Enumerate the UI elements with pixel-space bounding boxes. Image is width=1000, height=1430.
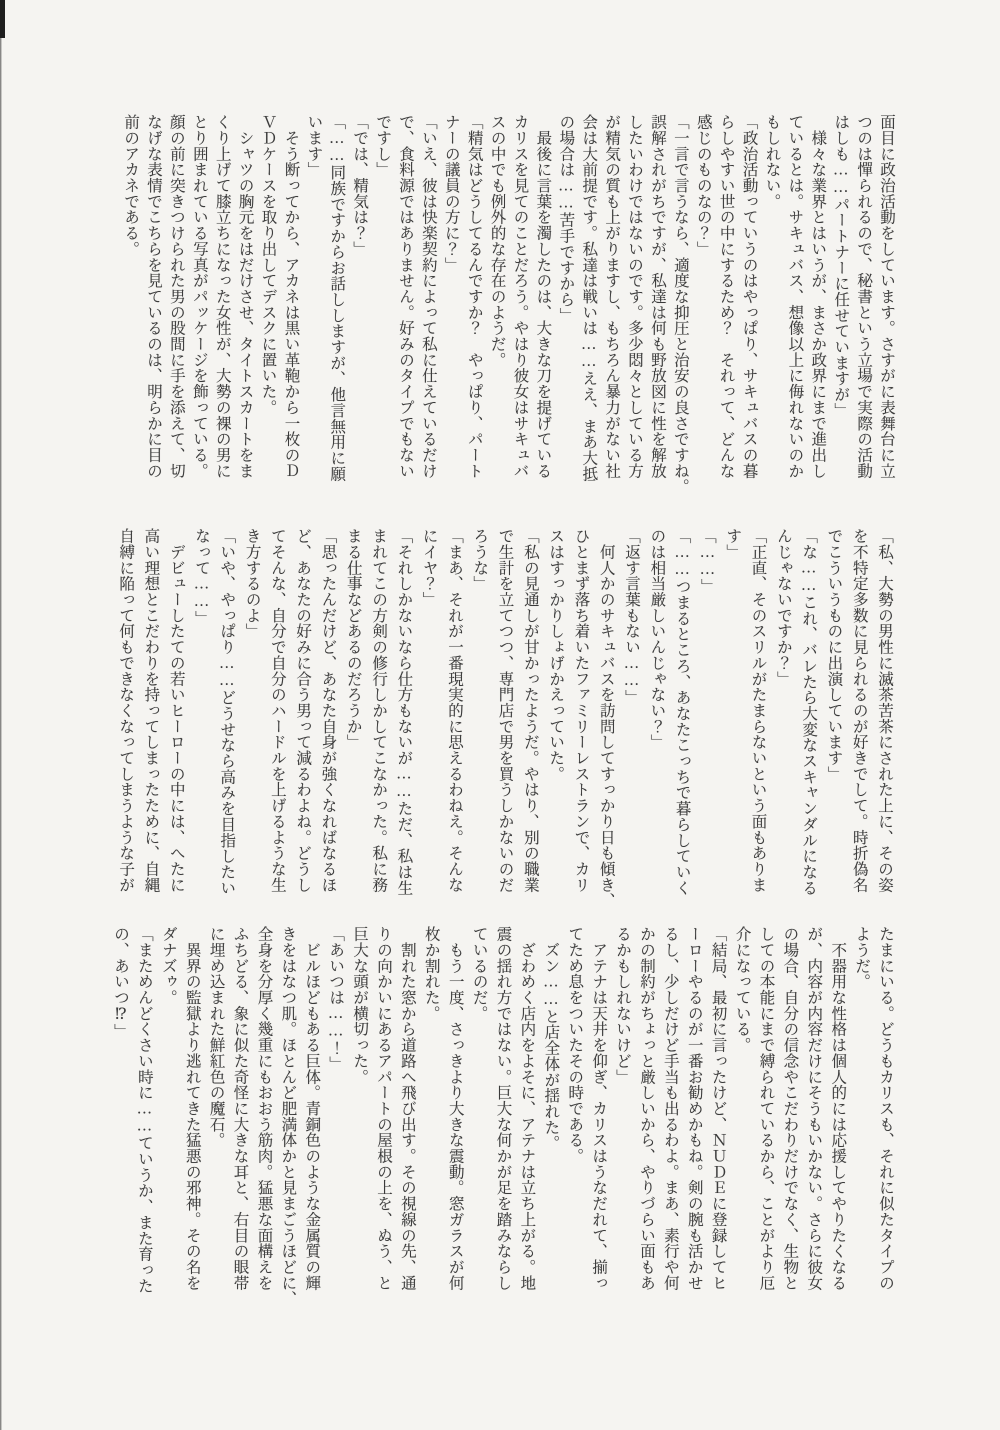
text-line-column: 面目に政治活動をしています。さすがに表舞台に立 (874, 114, 897, 479)
text-line-column: す」 (720, 528, 745, 893)
scan-edge-line (0, 0, 2, 1430)
text-line-column: はしも……パートナーに任せていますが」 (828, 114, 851, 479)
text-line-column: そう断ってから、アカネは黒い革鞄から一枚のＤ (279, 114, 302, 479)
text-line-column: ダナズゥ。 (156, 926, 180, 1291)
text-line-column: 最後に言葉を濁したのは、大きな刀を提げている (531, 114, 554, 479)
text-line-column: んじゃないですか？」 (771, 528, 796, 893)
text-line-column: まる仕事などあるのだろうか」 (340, 528, 365, 893)
text-line-column: ようだ。 (849, 926, 873, 1291)
text-line-column: ズン……と店全体が揺れた。 (538, 926, 562, 1291)
text-line-column: もう一度、さっきより大きな震動。窓ガラスが何 (443, 926, 467, 1291)
text-line-column: きをはなつ肌。ほとんど肥満体かと見まごうほどに、 (275, 926, 299, 1291)
text-line-column: に埋め込まれた鮮紅色の魔石。 (204, 926, 228, 1291)
text-line-column: しての本能にまで縛られているから、ことがより厄 (754, 926, 778, 1291)
text-line-column: ビルほどもある巨体。青銅色のような金属質の輝 (299, 926, 323, 1291)
text-line-column: とり囲まれている写真がパッケージを飾っている。 (187, 114, 210, 479)
text-line-column: アテナは天井を仰ぎ、カリスはうなだれて、揃っ (586, 926, 610, 1291)
text-line-column: るし、少しだけど手当も出るわよ。まあ、素行や何 (658, 926, 682, 1291)
text-line-column: き方するのよ」 (239, 528, 264, 893)
text-line-column: まれてこの方剣の修行しかしてこなかった。私に務 (366, 528, 391, 893)
text-line-column: 様々な業界とはいうが、まさか政界にまで進出し (805, 114, 828, 479)
text-line-column: 「結局、最初に言ったけど、ＮＵＤＥに登録してヒ (706, 926, 730, 1291)
text-line-column: 震の揺れ方ではない。巨大な何かが足を踏みならし (491, 926, 515, 1291)
text-line-column: を不特定多数に見られるのが好きでして。時折偽名 (846, 528, 871, 893)
text-line-column: 顔の前に突きつけられた男の股間に手を添えて、切 (164, 114, 187, 479)
text-line-column: 会は大前提です。私達は戦いは……ええ、まあ大抵 (576, 114, 599, 479)
text-line-column: なって……」 (189, 528, 214, 893)
text-line-column: ろうな」 (467, 528, 492, 893)
text-line-column: の場合、自分の信念やこだわりだけでなく、生物と (777, 926, 801, 1291)
text-line-column: で、食料源ではありません。好みのタイプでもない (393, 114, 416, 479)
text-line-column: 異界の監獄より逃れてきた猛悪の邪神。その名を (180, 926, 204, 1291)
text-block-middle: 「私、大勢の男性に滅茶苦茶にされた上に、その姿を不特定多数に見られるのが好きでし… (113, 528, 897, 893)
text-line-column: で生計を立てつつ、専門店で男を買うしかないのだ (492, 528, 517, 893)
text-line-column: 介になっている。 (730, 926, 754, 1291)
text-line-column: 「返す言葉もない……」 (619, 528, 644, 893)
scan-corner-mark (0, 0, 5, 38)
text-line-column: スの中でも例外的な存在のようだ。 (485, 114, 508, 479)
text-line-column: 「まあ、それが一番現実的に思えるわねえ。そんな (442, 528, 467, 893)
book-page: 面目に政治活動をしています。さすがに表舞台に立つのは憚られるので、秘書という立場… (0, 0, 1000, 1430)
text-line-column: 「まためんどくさい時に……ていうか、また育った (132, 926, 156, 1291)
text-line-column: スはすっかりしょげかえっていた。 (543, 528, 568, 893)
text-line-column: りの向かいにあるアパートの屋根の上を、ぬう、と (371, 926, 395, 1291)
text-line-column: 巨大な頭が横切った。 (347, 926, 371, 1291)
text-line-column: 「……」 (695, 528, 720, 893)
text-line-column: かの制約がちょっと厳しいから、やりづらい面もあ (634, 926, 658, 1291)
text-line-column: 「あいつは……！」 (323, 926, 347, 1291)
text-line-column: 「一言で言うなら、適度な抑圧と治安の良さですね。 (668, 114, 691, 479)
text-line-column: ているのだ。 (467, 926, 491, 1291)
text-line-column: ＶＤケースを取り出してデスクに置いた。 (256, 114, 279, 479)
text-line-column: にイヤ？」 (416, 528, 441, 893)
text-line-column: 「な……これ、バレたら大変なスキャンダルになる (796, 528, 821, 893)
text-line-column: たまにいる。どうもカリスも、それに似たタイプの (873, 926, 897, 1291)
text-line-column: のは相当厳しいんじゃない？」 (644, 528, 669, 893)
text-line-column: デビューしたての若いヒーローの中には、へたに (163, 528, 188, 893)
text-line-column: 全身を分厚く幾重にもおおう筋肉。猛悪な面構えを (252, 926, 276, 1291)
text-line-column: るかもしれないけど」 (610, 926, 634, 1291)
text-line-column: ふちどる、象に似た奇怪に大きな耳と、右目の眼帯 (228, 926, 252, 1291)
text-line-column: 「精気はどうしてるんですか？ やっぱり、パート (462, 114, 485, 479)
text-block-bottom: たまにいる。どうもカリスも、それに似たタイプのようだ。 不器用な性格は個人的には… (108, 926, 897, 1291)
text-block-top: 面目に政治活動をしています。さすがに表舞台に立つのは憚られるので、秘書という立場… (118, 114, 897, 479)
text-line-column: ざわめく店内をよそに、アテナは立ち上がる。地 (515, 926, 539, 1291)
text-line-column: ですし」 (370, 114, 393, 479)
text-line-column: ひとまず落ち着いたファミリーレストランで、カリ (568, 528, 593, 893)
text-line-column: シャツの胸元をはだけさせ、タイトスカートをま (233, 114, 256, 479)
text-line-column: つのは憚られるので、秘書という立場で実際の活動 (851, 114, 874, 479)
text-line-column: 「……つまるところ、あなたこっちで暮らしていく (669, 528, 694, 893)
text-line-column: 不器用な性格は個人的には応援してやりたくなる (825, 926, 849, 1291)
text-line-column: が、内容が内容だけにそうもいかない。さらに彼女 (801, 926, 825, 1291)
text-line-column: 「それしかないなら仕方もないが……ただ、私は生 (391, 528, 416, 893)
text-line-column: ど、あなたの好みに合う男って減るわよね。どうし (290, 528, 315, 893)
text-line-column: ナーの議員の方に？」 (439, 114, 462, 479)
text-line-column: 前のアカネである。 (118, 114, 141, 479)
text-line-column: 「いや、やっぱり……どうせなら高みを目指したい (214, 528, 239, 893)
text-line-column: もしれない。 (760, 114, 783, 479)
text-line-column: でこういうものに出演しています」 (821, 528, 846, 893)
text-line-column: ーローやるのが一番お勧めかもね。剣の腕も活かせ (682, 926, 706, 1291)
text-line-column: らしやすい世の中にするため？ それって、どんな (714, 114, 737, 479)
text-line-column: 「政治活動っていうのはやっぱり、サキュバスの暮 (737, 114, 760, 479)
text-line-column: なげな表情でこちらを見ているのは、明らかに目の (141, 114, 164, 479)
text-line-column: 自縛に陥って何もできなくなってしまうような子が (113, 528, 138, 893)
text-line-column: 「思ったんだけど、あなた自身が強くなればなるほ (315, 528, 340, 893)
text-line-column: てため息をついたその時である。 (562, 926, 586, 1291)
text-line-column: 誤解されがちですが、私達は何も野放図に性を解放 (645, 114, 668, 479)
text-line-column: 「私、大勢の男性に滅茶苦茶にされた上に、その姿 (872, 528, 897, 893)
text-line-column: 「私の見通しが甘かったようだ。やはり、別の職業 (518, 528, 543, 893)
text-line-column: 「では、精気は？」 (347, 114, 370, 479)
text-line-column: います」 (301, 114, 324, 479)
text-line-column: 割れた窓から道路へ飛び出す。その視線の先、通 (395, 926, 419, 1291)
text-line-column: の、あいつ⁉」 (108, 926, 132, 1291)
text-line-column: 何人かのサキュバスを訪問してすっかり日も傾き、 (593, 528, 618, 893)
text-line-column: したいわけではないのです。多少悶々としている方 (622, 114, 645, 479)
text-line-column: 枚か割れた。 (419, 926, 443, 1291)
text-line-column: 高い理想とこだわりを持ってしまったために、自縄 (138, 528, 163, 893)
text-line-column: カリスを見てのことだろう。やはり彼女はサキュバ (508, 114, 531, 479)
text-line-column: の場合は……苦手ですから」 (553, 114, 576, 479)
text-line-column: 「……同族ですからお話ししますが、他言無用に願 (324, 114, 347, 479)
text-line-column: ているとは。サキュバス、想像以上に侮れないのか (782, 114, 805, 479)
text-line-column: 「いえ、彼は快楽契約によって私に仕えているだけ (416, 114, 439, 479)
text-line-column: くり上げて膝立ちになった女性が、大勢の裸の男に (210, 114, 233, 479)
text-line-column: 感じのものなの？」 (691, 114, 714, 479)
text-line-column: てそんな、自分で自分のハードルを上げるような生 (265, 528, 290, 893)
text-line-column: が精気の質も上がりますし、もちろん暴力がない社 (599, 114, 622, 479)
text-line-column: 「正直、そのスリルがたまらないという面もありま (745, 528, 770, 893)
